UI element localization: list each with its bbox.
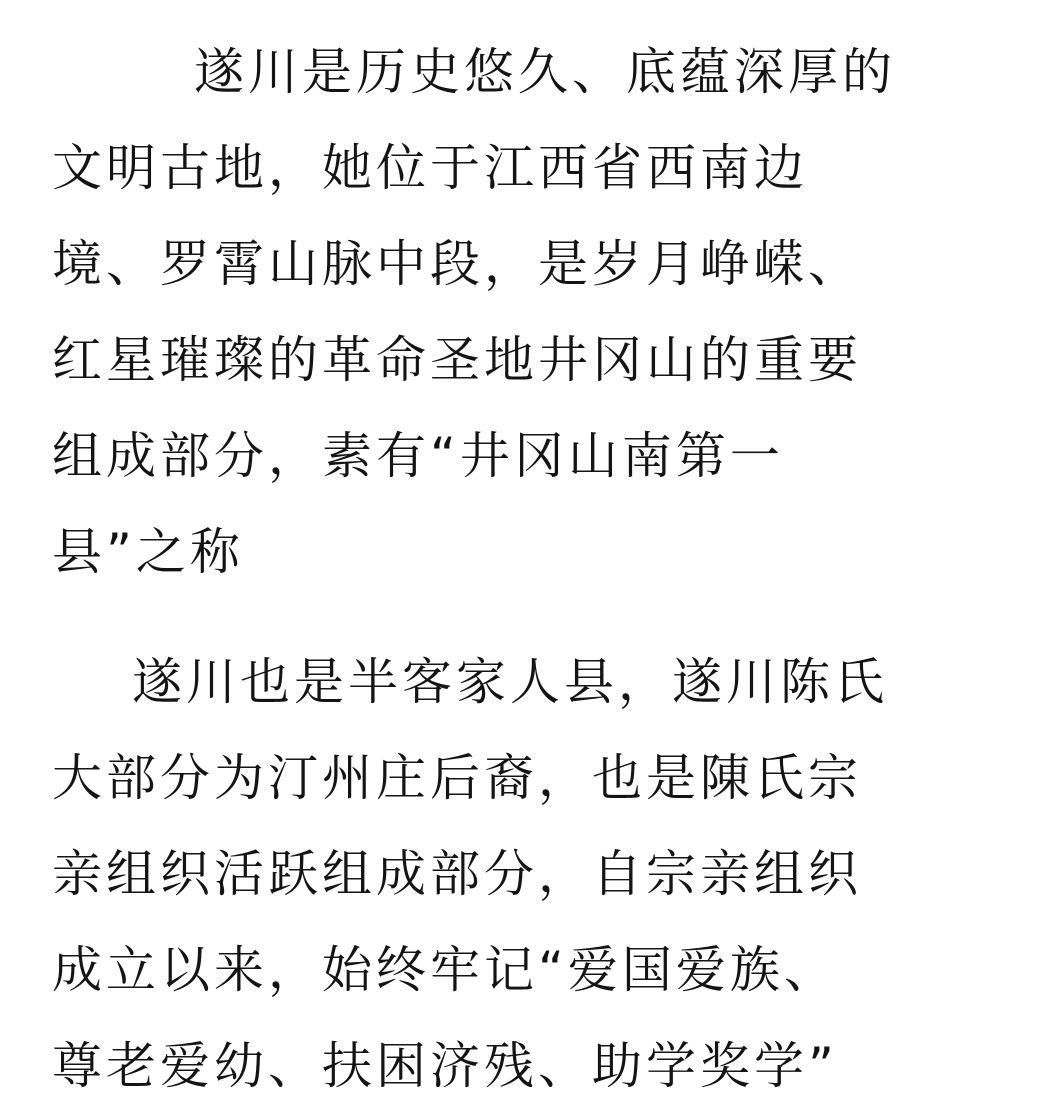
- text-line: 亲组织活跃组成部分，自宗亲组织: [52, 826, 1032, 922]
- text-line: 组成部分，素有“井冈山南第一: [52, 408, 1032, 504]
- text-line: 遂川也是半客家人县，遂川陈氏: [52, 634, 1032, 730]
- paragraph-2: 遂川也是半客家人县，遂川陈氏 大部分为汀州庄后裔，也是陳氏宗 亲组织活跃组成部分…: [52, 634, 1032, 1114]
- paragraph-1: 遂川是历史悠久、底蕴深厚的 文明古地，她位于江西省西南边 境、罗霄山脉中段，是岁…: [52, 24, 1032, 600]
- text-line: 境、罗霄山脉中段，是岁月峥嵘、: [52, 216, 1032, 312]
- text-line: 县”之称: [52, 504, 1032, 600]
- text-line: 文明古地，她位于江西省西南边: [52, 120, 1032, 216]
- text-line: 大部分为汀州庄后裔，也是陳氏宗: [52, 730, 1032, 826]
- text-line: 成立以来，始终牢记“爱国爱族、: [52, 922, 1032, 1018]
- text-line: 尊老爱幼、扶困济残、助学奖学”: [52, 1018, 1032, 1114]
- text-line: 遂川是历史悠久、底蕴深厚的: [52, 24, 1032, 120]
- text-line: 红星璀璨的革命圣地井冈山的重要: [52, 312, 1032, 408]
